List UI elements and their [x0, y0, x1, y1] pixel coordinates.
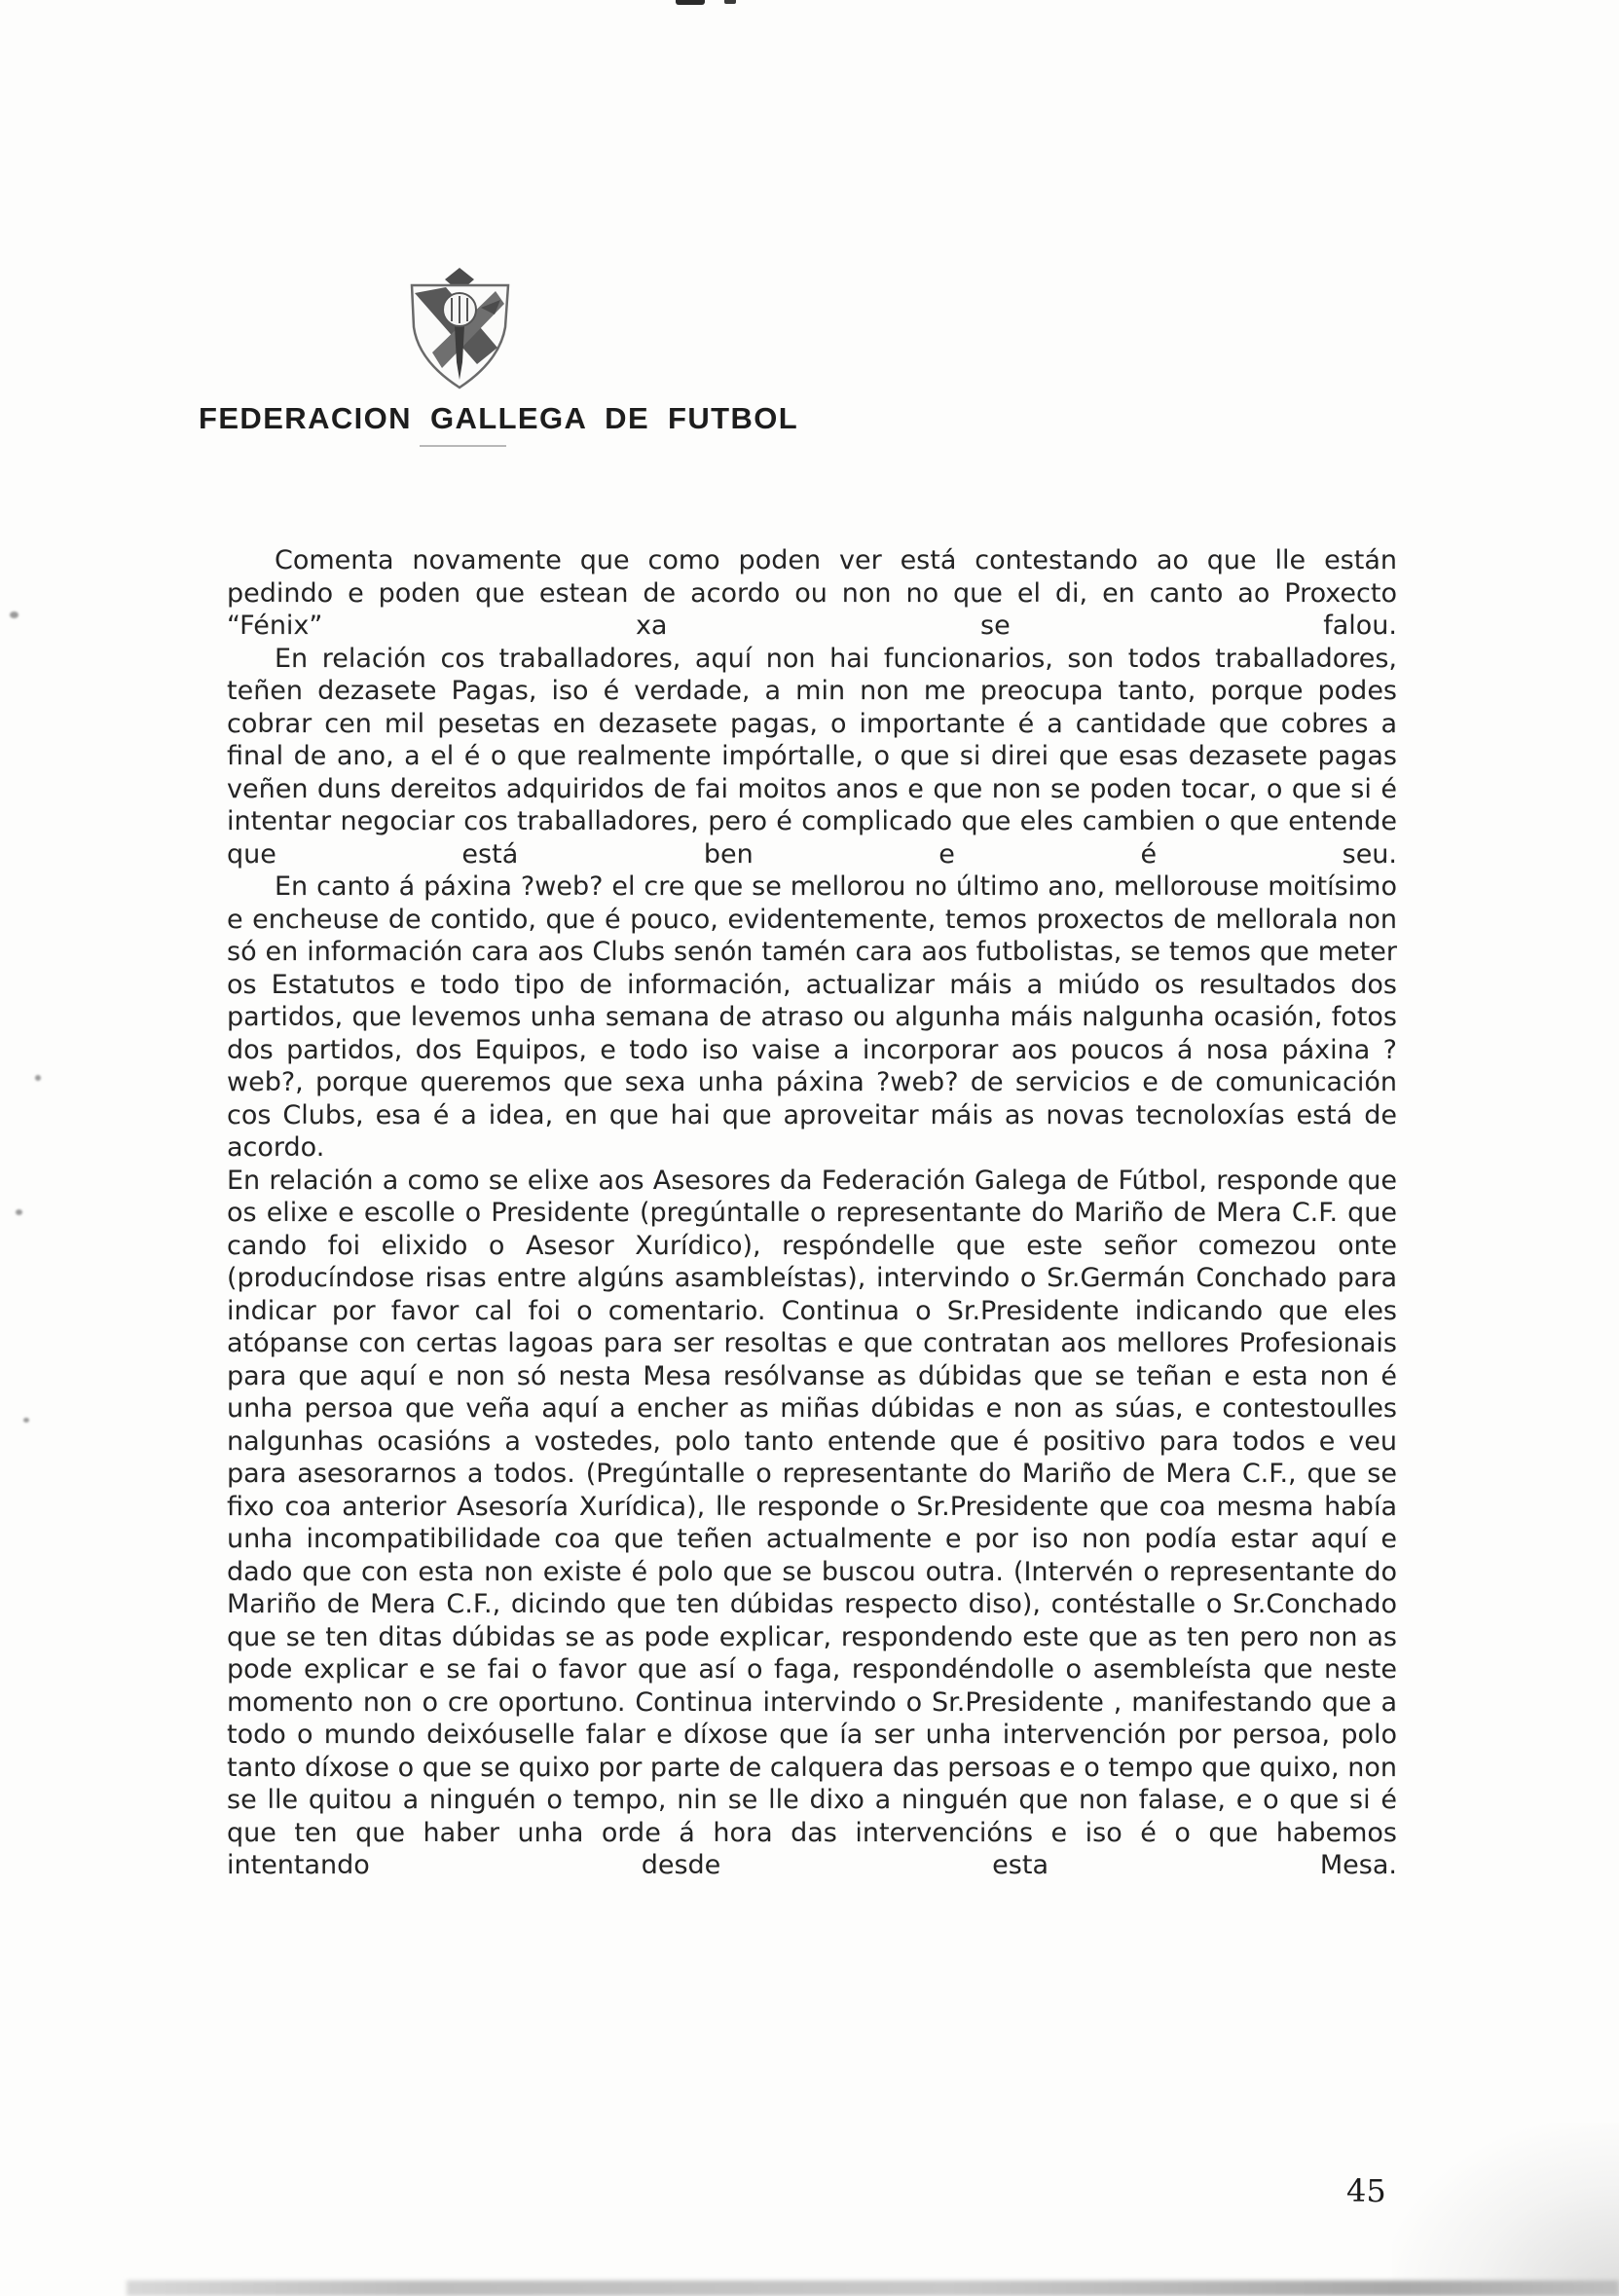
scan-artifact-speck: [35, 1075, 41, 1081]
scanned-document-page: FEDERACION GALLEGA DE FUTBOL Comenta nov…: [0, 0, 1619, 2296]
scan-artifact-speck: [10, 611, 18, 618]
scan-artifact-speck: [23, 1418, 29, 1423]
scan-artifact-bottom-band: [127, 2280, 1619, 2296]
federation-crest-icon: [403, 267, 516, 393]
paragraph: En relación cos traballadores, aquí non …: [227, 643, 1397, 871]
paragraph: En canto á páxina ?web? el cre que se me…: [227, 870, 1397, 1165]
organization-name: FEDERACION GALLEGA DE FUTBOL: [199, 401, 798, 436]
paragraph: Comenta novamente que como poden ver est…: [227, 544, 1397, 643]
scan-artifact-corner-shadow: [1392, 2123, 1619, 2296]
scan-artifact-top-mark: [724, 0, 736, 4]
scan-artifact-top-mark: [676, 0, 705, 5]
document-body: Comenta novamente que como poden ver est…: [227, 544, 1397, 1882]
page-number: 45: [1346, 2172, 1386, 2209]
title-underline-rule: [420, 445, 506, 447]
scan-artifact-speck: [16, 1209, 22, 1215]
paragraph: En relación a como se elixe aos Asesores…: [227, 1165, 1397, 1882]
